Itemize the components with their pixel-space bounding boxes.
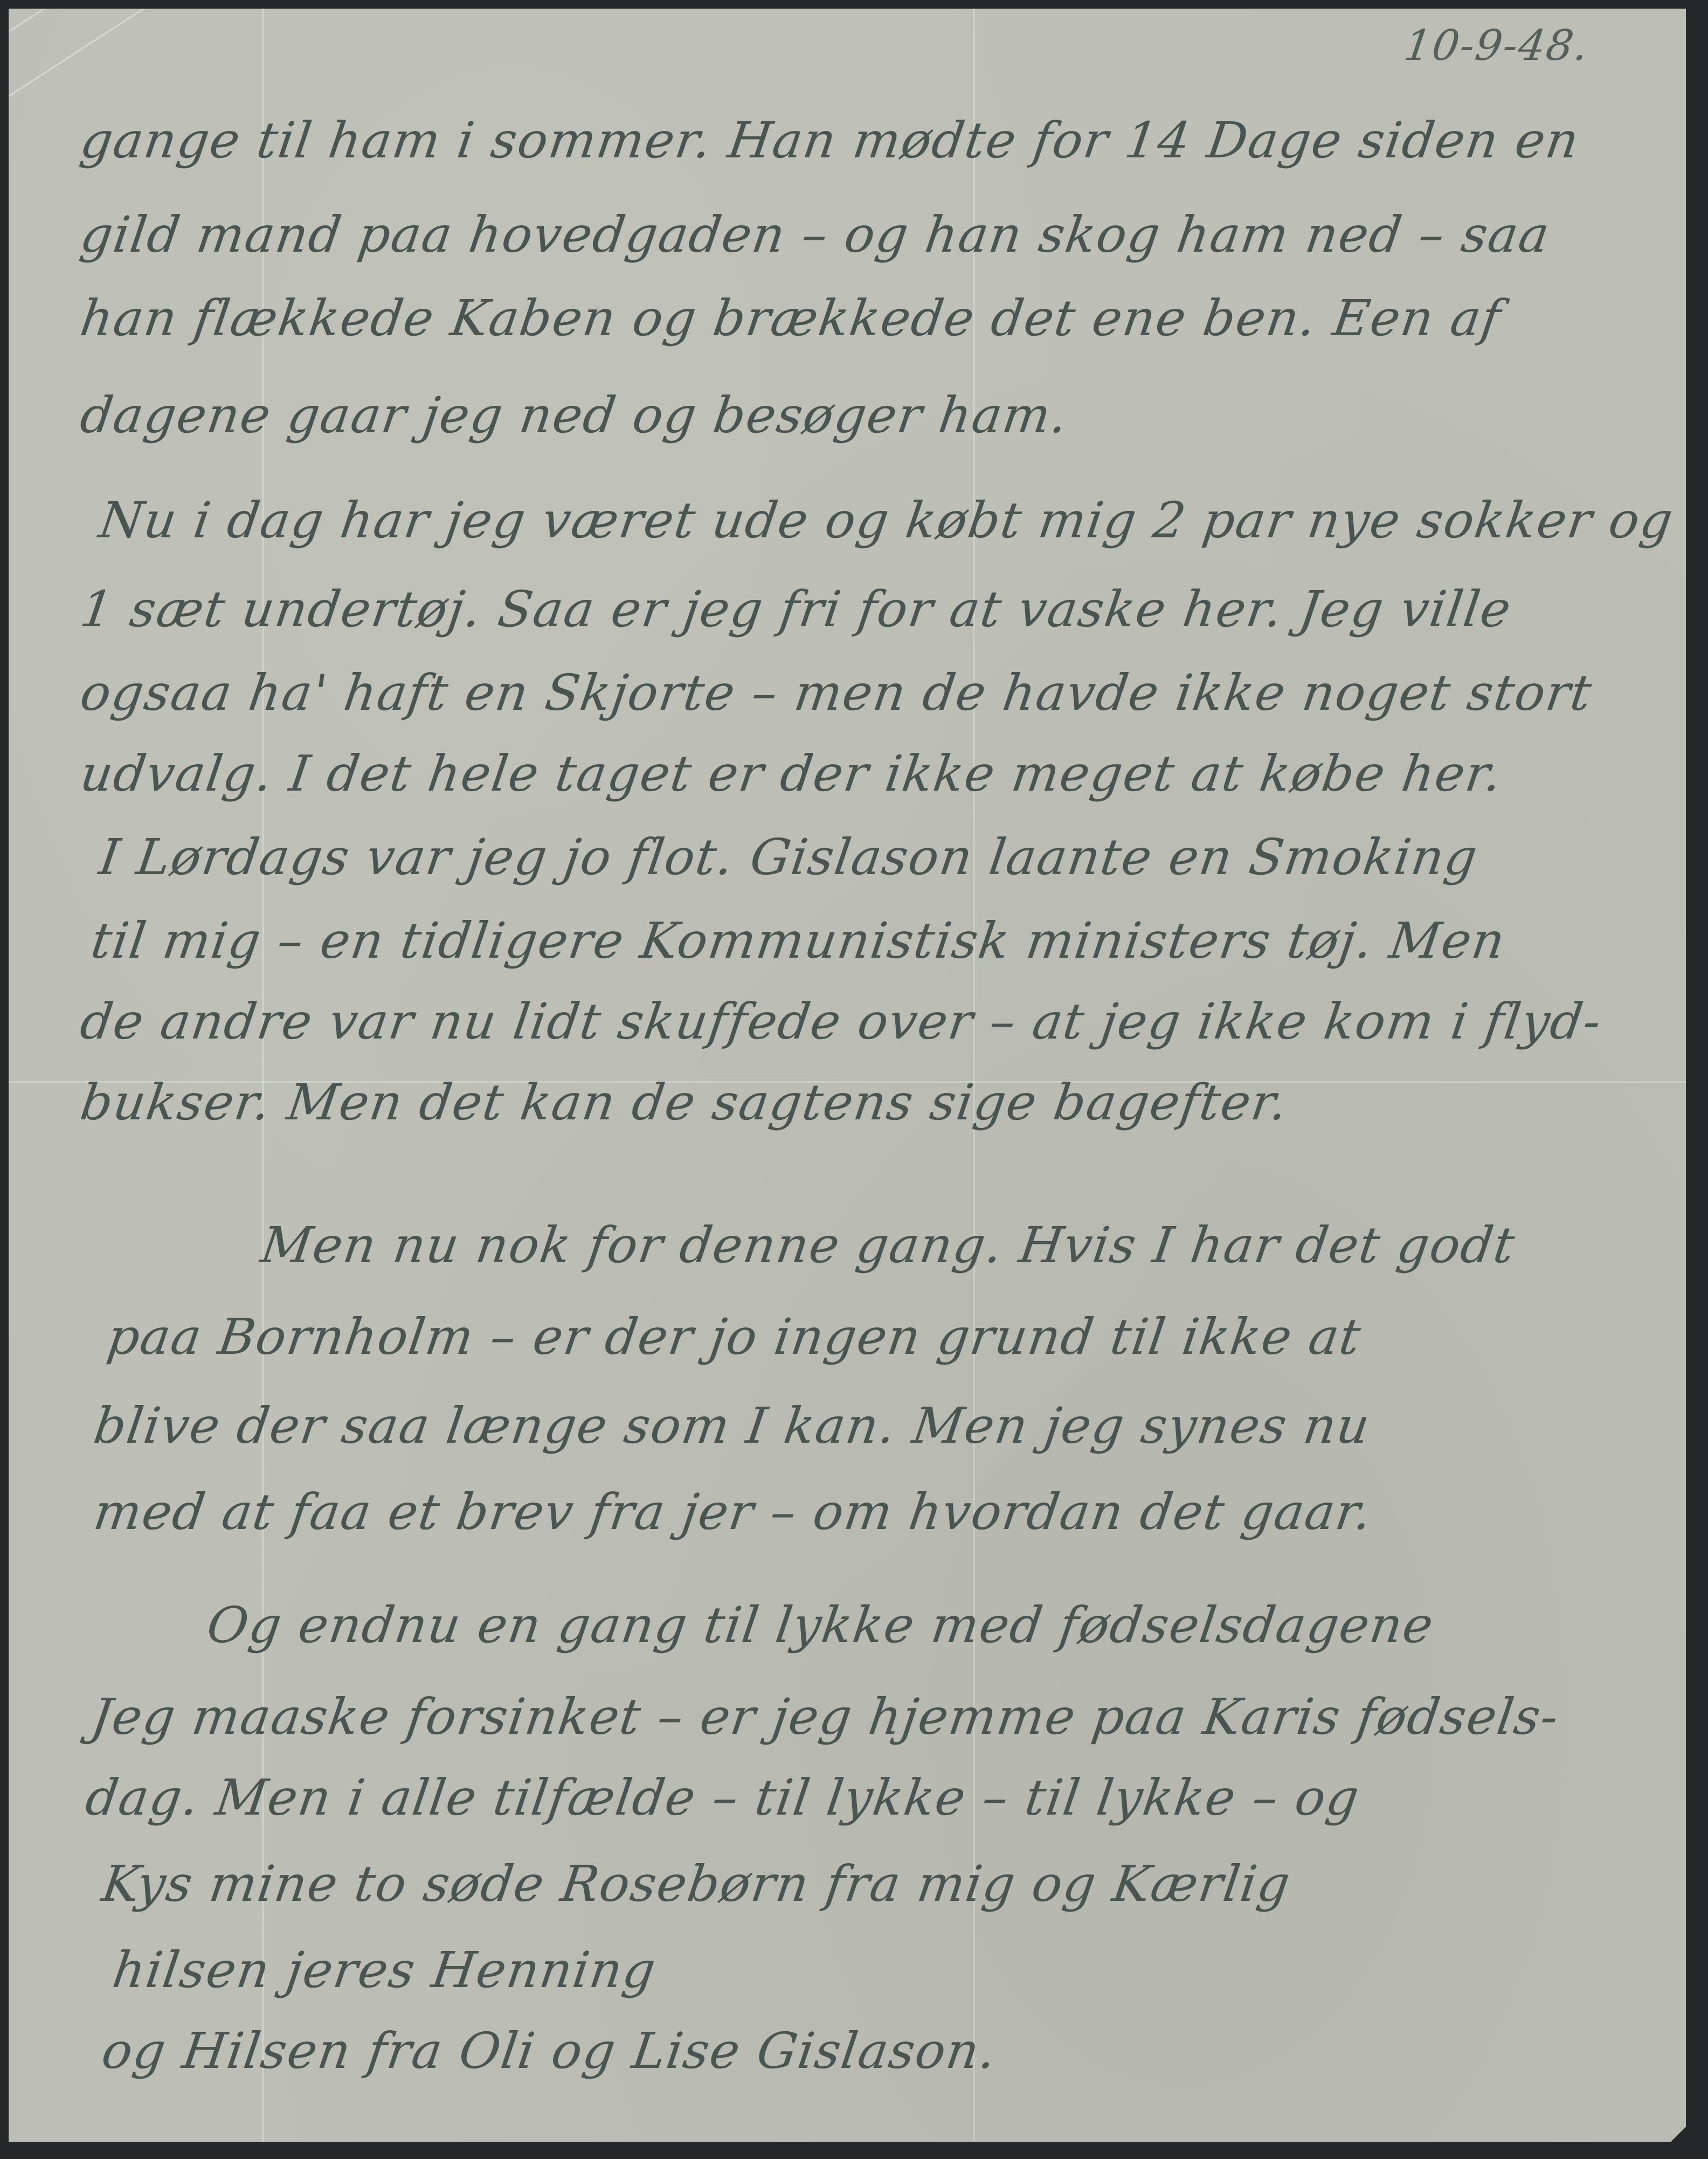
letter-line: dag. Men i alle tilfælde – til lykke – t… xyxy=(83,1773,1363,1823)
letter-line: til mig – en tidligere Kommunistisk mini… xyxy=(88,916,1509,966)
corner-crease xyxy=(0,0,95,53)
letter-line: Jeg maaske forsinket – er jeg hjemme paa… xyxy=(88,1692,1562,1742)
letter-line: Nu i dag har jeg været ude og købt mig 2… xyxy=(96,496,1677,545)
letter-line: 1 sæt undertøj. Saa er jeg fri for at va… xyxy=(78,585,1515,634)
letter-line: gange til ham i sommer. Han mødte for 14… xyxy=(78,116,1583,165)
letter-line: ogsaa ha' haft en Skjorte – men de havde… xyxy=(78,668,1596,718)
letter-paper: 10-9-48. gange til ham i sommer. Han mød… xyxy=(9,9,1686,2142)
letter-line: Kys mine to søde Rosebørn fra mig og Kær… xyxy=(99,1859,1294,1909)
letter-line: dagene gaar jeg ned og besøger ham. xyxy=(78,391,1071,440)
scan-background: 10-9-48. gange til ham i sommer. Han mød… xyxy=(0,0,1708,2159)
letter-line: Og endnu en gang til lykke med fødselsda… xyxy=(204,1601,1437,1650)
letter-line: I Lørdags var jeg jo flot. Gislason laan… xyxy=(96,833,1481,882)
letter-line: blive der saa længe som I kan. Men jeg s… xyxy=(91,1401,1374,1451)
letter-line: han flækkede Kaben og brækkede det ene b… xyxy=(78,294,1505,343)
letter-line: og Hilsen fra Oli og Lise Gislason. xyxy=(99,2026,1000,2076)
letter-line: udvalg. I det hele taget er der ikke meg… xyxy=(78,749,1506,799)
letter-line: hilsen jeres Henning xyxy=(110,1946,660,1995)
letter-line: bukser. Men det kan de sagtens sige bage… xyxy=(78,1078,1291,1127)
letter-line: Men nu nok for denne gang. Hvis I har de… xyxy=(258,1221,1519,1270)
letter-line: med at faa et brev fra jer – om hvordan … xyxy=(91,1487,1376,1537)
letter-line: de andre var nu lidt skuffede over – at … xyxy=(78,997,1605,1047)
letter-date: 10-9-48. xyxy=(1402,25,1592,67)
letter-line: paa Bornholm – er der jo ingen grund til… xyxy=(105,1312,1365,1362)
letter-line: gild mand paa hovedgaden – og han skog h… xyxy=(78,210,1553,260)
